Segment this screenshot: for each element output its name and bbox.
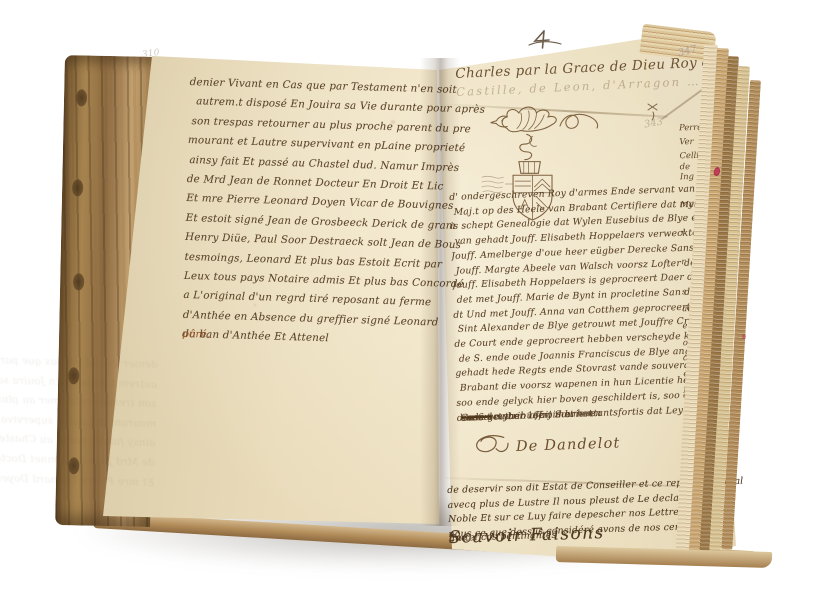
show-through-ghost-text: denier Vivant en Cas que par Testament n… (0, 348, 158, 493)
signature-flourish-icon (470, 431, 511, 458)
left-page-text-block: denier Vivant en Cas que par Testament n… (183, 73, 444, 333)
sewing-support (73, 273, 84, 290)
ink-paraph-icon (556, 108, 604, 134)
final-word-red-ink: pôré. (182, 325, 211, 345)
sewing-support (72, 179, 83, 196)
margin-fragment: r (681, 227, 685, 237)
manuscript-photo: denier Vivant en Cas que par Testament n… (0, 0, 840, 594)
margin-fragment: de (680, 161, 691, 171)
ink-check-mark-icon (646, 102, 662, 122)
margin-fragment: s (682, 286, 686, 296)
margin-fragment: Ing (680, 171, 694, 181)
signature-row: De Dandelot (470, 427, 621, 458)
red-wax-spot (742, 334, 746, 339)
gutter-shadow (420, 58, 460, 526)
signature-name: De Dandelot (516, 435, 621, 455)
margin-fragment: r (681, 256, 685, 266)
margin-fragment: Ver (679, 136, 693, 146)
notarial-4-mark-icon (527, 28, 563, 52)
right-page-text-block: d' ondergeschreven Roy d'armes Ende serv… (449, 182, 720, 449)
sewing-support (76, 89, 87, 106)
